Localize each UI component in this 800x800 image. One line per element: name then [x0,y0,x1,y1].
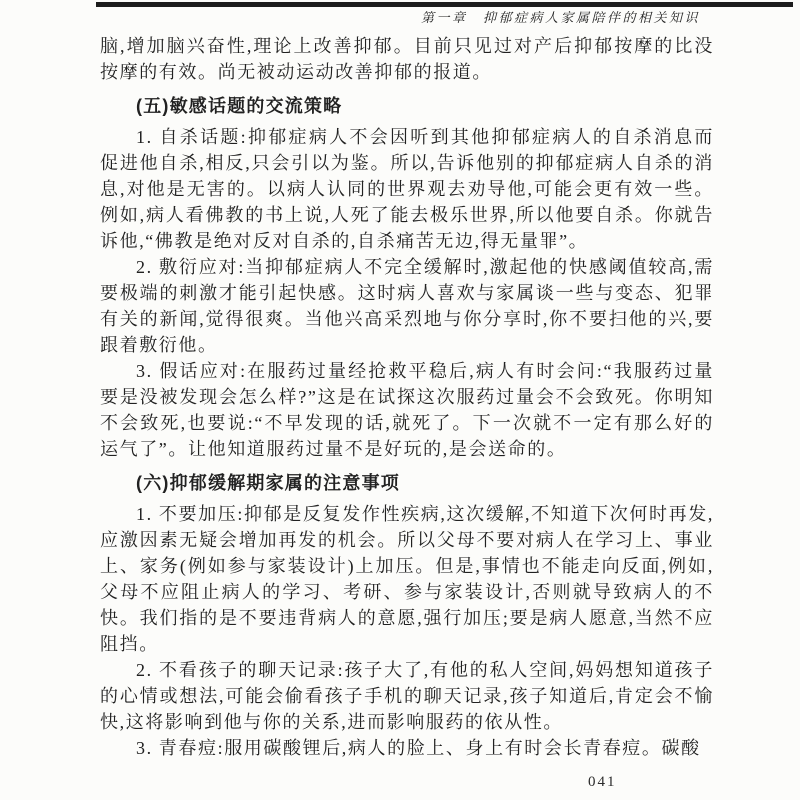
body-paragraph-no-pressure: 1. 不要加压:抑郁是反复发作性疾病,这次缓解,不知道下次何时再发,应激因素无疑… [100,501,714,657]
running-head-chapter-title: 第一章 抑郁症病人家属陪伴的相关知识 [0,7,700,26]
body-paragraph-acne: 3. 青春痘:服用碳酸锂后,病人的脸上、身上有时会长青春痘。碳酸 [100,735,714,761]
body-paragraph-suicide-topic: 1. 自杀话题:抑郁症病人不会因听到其他抑郁症病人的自杀消息而促进他自杀,相反,… [100,124,714,254]
body-paragraph-continuation: 脑,增加脑兴奋性,理论上改善抑郁。目前只见过对产后抑郁按摩的比没按摩的有效。尚无… [100,33,714,85]
page-number: 041 [588,774,617,791]
section-heading-5: (五)敏感话题的交流策略 [100,93,714,119]
body-paragraph-white-lie-response: 3. 假话应对:在服药过量经抢救平稳后,病人有时会问:“我服药过量要是没被发现会… [100,358,714,462]
body-paragraph-perfunctory-response: 2. 敷衍应对:当抑郁症病人不完全缓解时,激起他的快感阈值较高,需要极端的刺激才… [100,254,714,358]
page-body: 脑,增加脑兴奋性,理论上改善抑郁。目前只见过对产后抑郁按摩的比没按摩的有效。尚无… [100,33,714,761]
section-heading-6: (六)抑郁缓解期家属的注意事项 [100,470,714,496]
book-page: 第一章 抑郁症病人家属陪伴的相关知识 脑,增加脑兴奋性,理论上改善抑郁。目前只见… [0,0,800,800]
body-paragraph-chat-records: 2. 不看孩子的聊天记录:孩子大了,有他的私人空间,妈妈想知道孩子的心情或想法,… [100,657,714,735]
